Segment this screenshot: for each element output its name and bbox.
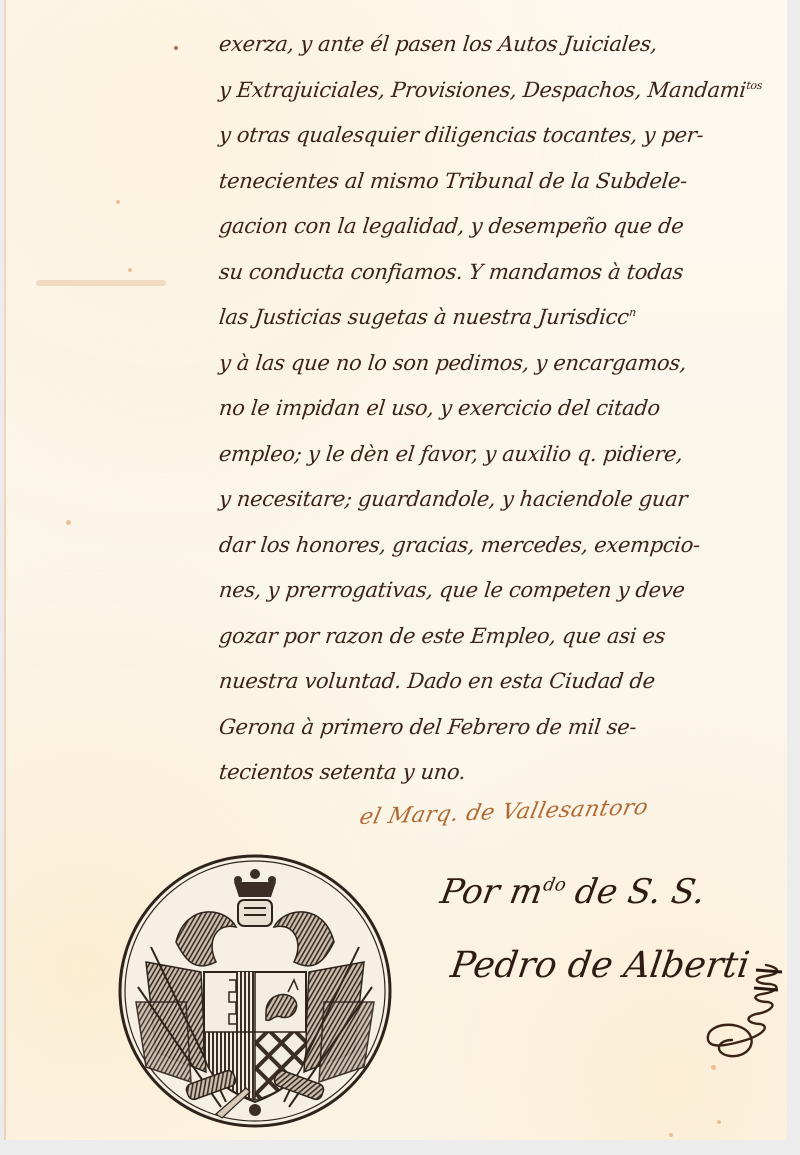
foxing-stain [116, 200, 120, 204]
superscript-abbrev: n [628, 306, 636, 319]
marques-signature: el Marq. de Vallesantoro [357, 795, 651, 830]
text-line-9: no le impidan el uso, y exercicio del ci… [217, 386, 792, 432]
text-line-10: empleo; y le dèn el favor, y auxilio q. … [217, 432, 792, 478]
foxing-stain [717, 1120, 721, 1124]
text-line-8: y à las que no lo son pedimos, y encarga… [217, 341, 792, 387]
text-line-14: gozar por razon de este Empleo, que asi … [217, 614, 792, 660]
text-line-2: y Extrajuiciales, Provisiones, Despachos… [217, 68, 792, 114]
text-line-11: y necesitare; guardandole, y haciendole … [217, 477, 792, 523]
foxing-stain [669, 1133, 673, 1137]
text-line-5: gacion con la legalidad, y desempeño que… [217, 204, 792, 250]
text-line-3: y otras qualesquier diligencias tocantes… [217, 113, 792, 159]
manuscript-body: exerza, y ante él pasen los Autos Juicia… [219, 22, 789, 796]
text-line-13: nes, y prerrogativas, que le competen y … [217, 568, 792, 614]
manuscript-page: exerza, y ante él pasen los Autos Juicia… [4, 0, 787, 1140]
foxing-stain [174, 46, 178, 50]
rubric-flourish-icon [686, 960, 796, 1070]
coat-of-arms-seal-icon [116, 852, 394, 1130]
text-line-15: nuestra voluntad. Dado en esta Ciudad de [217, 659, 792, 705]
superscript-abbrev: tos [746, 79, 763, 92]
text-line-1: exerza, y ante él pasen los Autos Juicia… [217, 22, 792, 68]
foxing-stain [128, 268, 132, 272]
foxing-stain [66, 520, 71, 525]
countersign-line: Por mdo de S. S. [437, 872, 708, 912]
text-line-17: tecientos setenta y uno. [217, 750, 792, 796]
foxing-stain [36, 280, 166, 286]
countersign-prefix: Por m [437, 872, 545, 912]
text-line-16: Gerona à primero del Febrero de mil se- [217, 705, 792, 751]
text-line-4: tenecientes al mismo Tribunal de la Subd… [217, 159, 792, 205]
text-line-7-content: las Justicias sugetas à nuestra Jurisdic… [218, 305, 630, 329]
countersign-suffix: de S. S. [561, 872, 708, 912]
text-line-6: su conducta confiamos. Y mandamos à toda… [217, 250, 792, 296]
text-line-2-content: y Extrajuiciales, Provisiones, Despachos… [218, 78, 747, 102]
text-line-12: dar los honores, gracias, mercedes, exem… [217, 523, 792, 569]
text-line-7: las Justicias sugetas à nuestra Jurisdic… [217, 295, 792, 341]
